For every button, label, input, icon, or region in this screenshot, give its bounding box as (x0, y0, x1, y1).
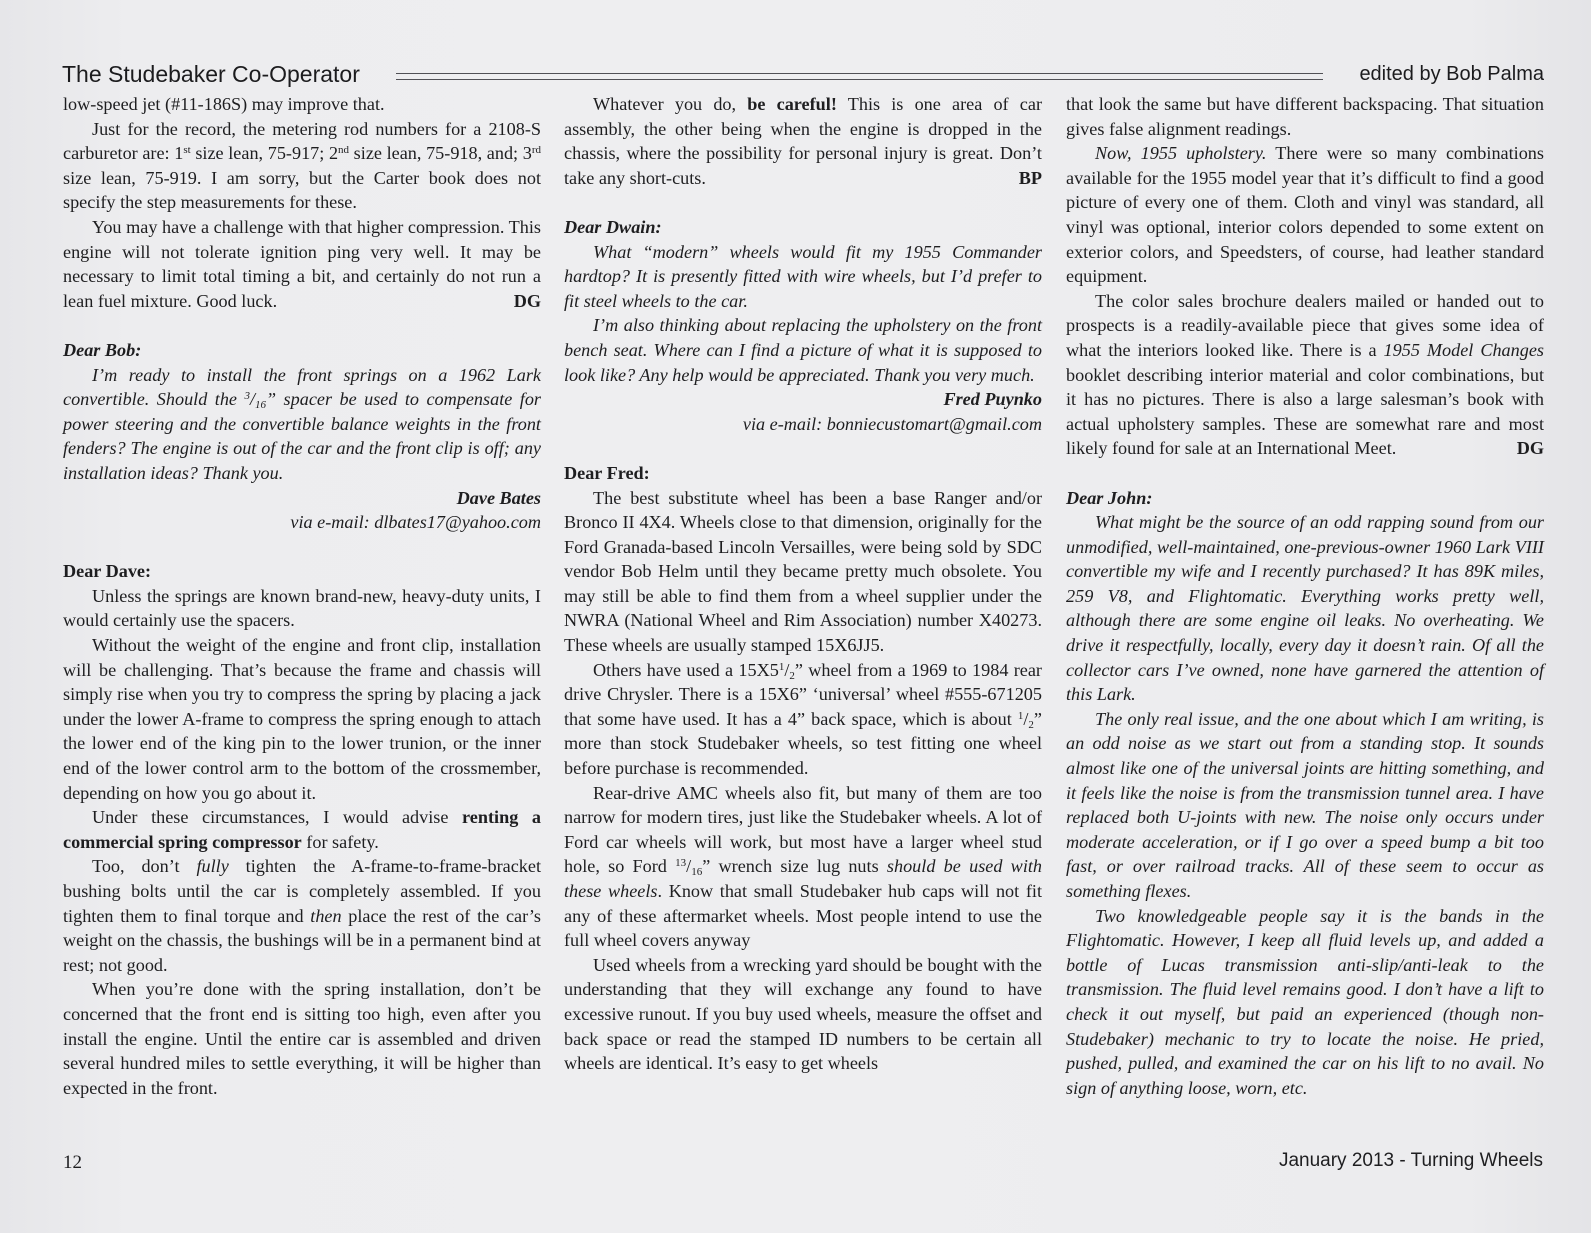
text-column-1: low-speed jet (#11-186S) may improve tha… (63, 92, 541, 1100)
paragraph: Others have used a 15X51/2” wheel from a… (564, 658, 1042, 781)
paragraph: The color sales brochure dealers mailed … (1066, 289, 1544, 461)
paragraph: Too, don’t fully tighten the A-frame-to-… (63, 854, 541, 977)
letter-body: I’m also thinking about replacing the up… (564, 313, 1042, 387)
letter-signature: Fred Puynko (564, 387, 1042, 412)
letter-salutation: Dear John: (1066, 486, 1544, 511)
page-header: The Studebaker Co-Operator edited by Bob… (62, 58, 1544, 90)
editor-credit: edited by Bob Palma (1359, 63, 1544, 86)
author-initials: BP (1019, 166, 1042, 191)
paragraph: You may have a challenge with that highe… (63, 215, 541, 313)
letter-body: Two knowledgeable people say it is the b… (1066, 904, 1544, 1101)
letter-body: I’m ready to install the front springs o… (63, 363, 541, 486)
letter-email: via e-mail: dlbates17@yahoo.com (63, 510, 541, 535)
author-initials: DG (514, 289, 541, 314)
author-initials: DG (1517, 436, 1544, 461)
header-double-rule (396, 73, 1324, 80)
issue-footer: January 2013 - Turning Wheels (1279, 1150, 1543, 1172)
letter-email: via e-mail: bonniecustomart@gmail.com (564, 412, 1042, 437)
page-number: 12 (63, 1152, 82, 1174)
letter-salutation: Dear Dwain: (564, 215, 1042, 240)
paragraph: Rear-drive AMC wheels also fit, but many… (564, 781, 1042, 953)
paragraph: Without the weight of the engine and fro… (63, 633, 541, 805)
text-column-3: that look the same but have different ba… (1066, 92, 1544, 1100)
text-column-2: Whatever you do, be careful! This is one… (564, 92, 1042, 1076)
paragraph: Under these circumstances, I would advis… (63, 805, 541, 854)
letter-body: What “modern” wheels would fit my 1955 C… (564, 240, 1042, 314)
paragraph: Now, 1955 upholstery. There were so many… (1066, 141, 1544, 289)
paragraph: Just for the record, the metering rod nu… (63, 117, 541, 215)
paragraph: that look the same but have different ba… (1066, 92, 1544, 141)
letter-body: What might be the source of an odd rappi… (1066, 510, 1544, 707)
paragraph: Unless the springs are known brand-new, … (63, 584, 541, 633)
paragraph: Whatever you do, be careful! This is one… (564, 92, 1042, 190)
reply-salutation: Dear Fred: (564, 461, 1042, 486)
paragraph: low-speed jet (#11-186S) may improve tha… (63, 92, 541, 117)
paragraph: Used wheels from a wrecking yard should … (564, 953, 1042, 1076)
magazine-page: The Studebaker Co-Operator edited by Bob… (0, 0, 1591, 1233)
column-title: The Studebaker Co-Operator (62, 61, 360, 88)
paragraph: The best substitute wheel has been a bas… (564, 486, 1042, 658)
letter-signature: Dave Bates (63, 486, 541, 511)
letter-body: The only real issue, and the one about w… (1066, 707, 1544, 904)
letter-salutation: Dear Bob: (63, 338, 541, 363)
reply-salutation: Dear Dave: (63, 559, 541, 584)
paragraph: When you’re done with the spring install… (63, 977, 541, 1100)
